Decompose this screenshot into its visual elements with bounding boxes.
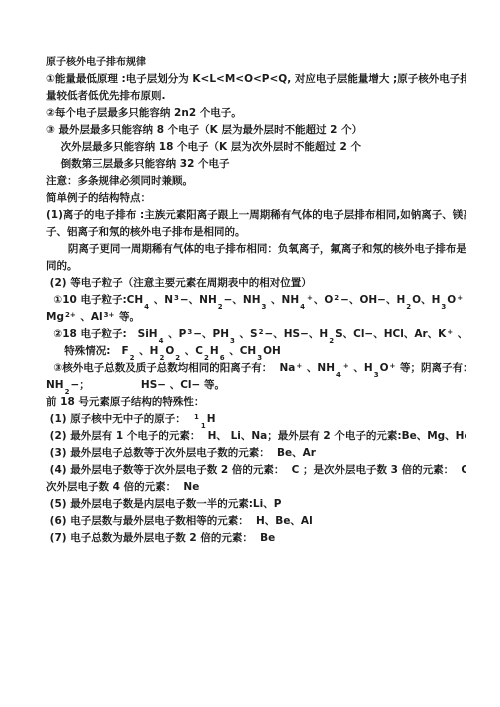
- ten-electron-list: ①10 电子粒子:CH4 、N3−、NH2−、NH3 、NH4+、O2−、OH−…: [46, 292, 466, 309]
- subscript: 3: [374, 371, 379, 377]
- same-totals-anions-cont: NH2−； HS− 、Cl− 等。: [46, 377, 466, 394]
- subscript: 4: [336, 371, 341, 377]
- superscript: +: [447, 328, 453, 336]
- subscript: 6: [220, 354, 225, 360]
- subscript: 4: [159, 337, 164, 343]
- subscript: 3: [257, 354, 262, 360]
- subscript: 3: [441, 303, 446, 309]
- rule-capacity: ②每个电子层最多只能容纳 2n2 个电子。: [46, 105, 466, 122]
- subscript: 3: [262, 303, 267, 309]
- superscript: 3: [187, 328, 192, 336]
- anion-arrangement-line-2: 同的。: [46, 258, 466, 275]
- subscript: 1: [201, 422, 206, 428]
- subscript: 2: [329, 337, 334, 343]
- superscript: +: [390, 362, 396, 370]
- superscript: 1: [194, 413, 199, 421]
- superscript: 3+: [104, 311, 115, 319]
- eighteen-electron-list: ②18 电子粒子: SiH4 、P3−、PH3 、S2−、HS−、H2S、Cl−…: [46, 326, 466, 343]
- same-totals-cations: ③核外电子总数及质子总数均相同的阳离子有： Na+ 、NH4+ 、H3O+ 等；…: [46, 360, 466, 377]
- subscript: 3: [230, 337, 235, 343]
- rule-third-from-last: 倒数第三层最多只能容纳 32 个电子: [46, 156, 466, 173]
- ten-electron-list-cont: Mg2+ 、Al3+ 等。: [46, 309, 466, 326]
- ion-arrangement-line-1: (1)离子的电子排布 :主族元素阳离子跟上一周期稀有气体的电子层排布相同,如钠离…: [46, 207, 466, 224]
- first18-item-3: (3) 最外层电子总数等于次外层电子数的元素： Be、Ar: [46, 445, 466, 462]
- subscript: 2: [218, 303, 223, 309]
- isoelectronic-heading: (2) 等电子粒子（注意主要元素在周期表中的相对位置）: [46, 275, 466, 292]
- superscript: +: [457, 294, 463, 302]
- first18-item-4-line-1: (4) 最外层电子数等于次外层电子数 2 倍的元素： C ；是次外层电子数 3 …: [46, 462, 466, 479]
- rule-outermost: ③ 最外层最多只能容纳 8 个电子（K 层为最外层时不能超过 2 个）: [46, 122, 466, 139]
- ion-arrangement-line-2: 子、铝离子和氖的核外电子排布是相同的。: [46, 224, 466, 241]
- subscript: 4: [144, 303, 149, 309]
- superscript: +: [296, 362, 302, 370]
- first18-item-1: (1) 原子核中无中子的原子： 11H: [46, 411, 466, 428]
- rule-energy-line-2: 量较低者低优先排布原则.: [46, 88, 466, 105]
- subscript: 2: [406, 303, 411, 309]
- subscript: 4: [300, 303, 305, 309]
- subscript: 2: [204, 354, 209, 360]
- superscript: 2: [259, 328, 264, 336]
- rule-note: 注意：多条规律必须同时兼顾。: [46, 173, 466, 190]
- section-examples-heading: 简单例子的结构特点：: [46, 190, 466, 207]
- rule-energy-line-1: ①能量最低原理 :电子层划分为 K<L<M<O<P<Q, 对应电子层能量增大 ;…: [46, 71, 466, 88]
- superscript: +: [307, 294, 313, 302]
- first18-item-4-line-2: 次外层电子数 4 倍的元素： Ne: [46, 479, 466, 496]
- superscript: 2+: [65, 311, 76, 319]
- subscript: 2: [159, 354, 164, 360]
- section-first18-heading: 前 18 号元素原子结构的特殊性：: [46, 394, 466, 411]
- document-body: 原子核外电子排布规律①能量最低原理 :电子层划分为 K<L<M<O<P<Q, 对…: [46, 54, 466, 547]
- superscript: +: [343, 362, 349, 370]
- subscript: 2: [130, 354, 135, 360]
- first18-item-7: (7) 电子总数为最外层电子数 2 倍的元素： Be: [46, 530, 466, 547]
- anion-arrangement-line-1: 阴离子更同一周期稀有气体的电子排布相同：负氧离子，氟离子和氖的核外电子排布是相: [46, 241, 466, 258]
- first18-item-6: (6) 电子层数与最外层电子数相等的元素： H、Be、Al: [46, 513, 466, 530]
- doc-title: 原子核外电子排布规律: [46, 54, 466, 71]
- superscript: 2: [334, 294, 339, 302]
- rule-next-outermost: 次外层最多只能容纳 18 个电子（K 层为次外层时不能超过 2 个: [46, 139, 466, 156]
- subscript: 2: [175, 354, 180, 360]
- special-cases: 特殊情况: F2 、H2O2 、C2H6 、CH3OH: [46, 343, 466, 360]
- first18-item-5: (5) 最外层电子数是内层电子数一半的元素:Li、P: [46, 496, 466, 513]
- superscript: 3: [174, 294, 179, 302]
- subscript: 2: [65, 388, 70, 394]
- document-page: 原子核外电子排布规律①能量最低原理 :电子层划分为 K<L<M<O<P<Q, 对…: [0, 0, 500, 707]
- first18-item-2: (2) 最外层有 1 个电子的元素： H、 Li、Na；最外层有 2 个电子的元…: [46, 428, 466, 445]
